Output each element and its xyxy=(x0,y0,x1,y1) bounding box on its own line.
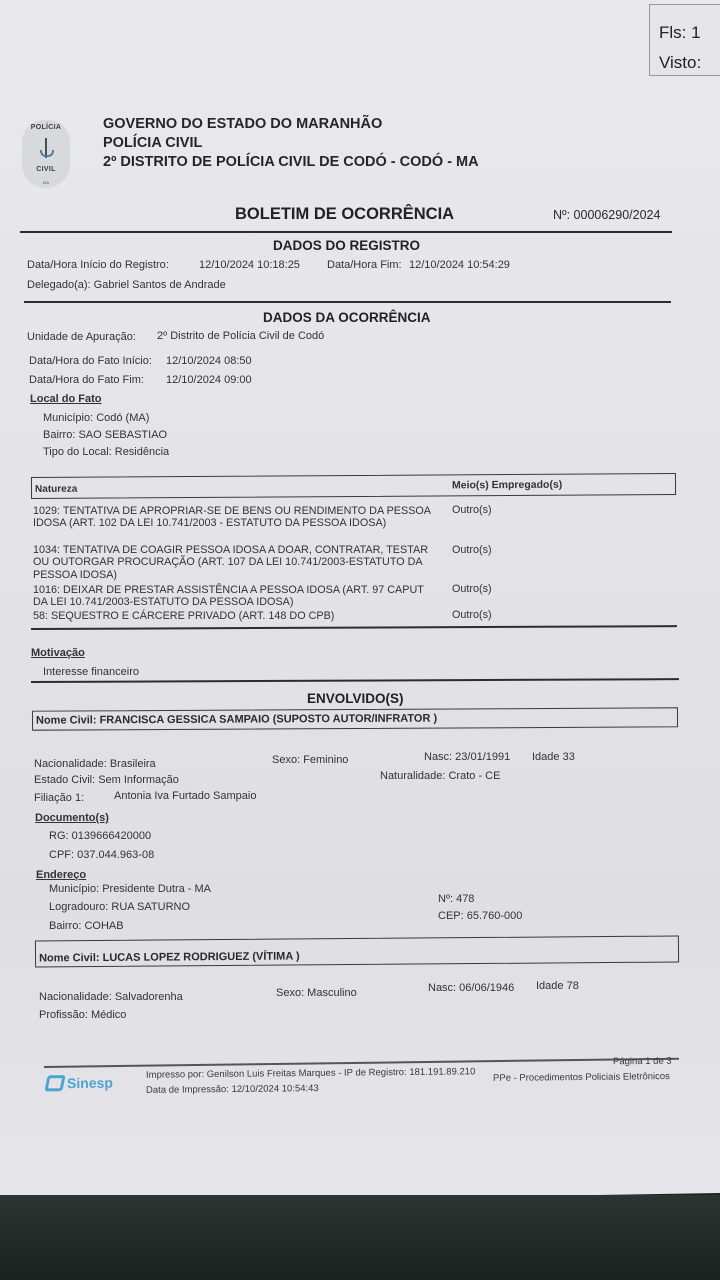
unidade-label: Unidade de Apuração: xyxy=(27,331,136,343)
motivacao-heading: Motivação xyxy=(31,647,85,659)
sinesp-logo-icon xyxy=(44,1075,65,1091)
motivacao-value: Interesse financeiro xyxy=(43,666,139,678)
natureza-row-meio: Outro(s) xyxy=(452,583,492,595)
section-heading-ocorrencia: DADOS DA OCORRÊNCIA xyxy=(263,310,431,325)
natureza-row: 1016: DEIXAR DE PRESTAR ASSISTÊNCIA A PE… xyxy=(33,584,433,609)
sheet-stamp-box: Fls: 1 Visto: xyxy=(649,4,720,76)
p1-sexo: Sexo: Feminino xyxy=(272,754,348,766)
p1-estado-civil: Estado Civil: Sem Informação xyxy=(34,774,179,786)
p2-idade: Idade 78 xyxy=(536,980,579,992)
local-tipo: Tipo do Local: Residência xyxy=(43,446,169,458)
table-surface xyxy=(0,1195,720,1280)
delegado: Delegado(a): Gabriel Santos de Andrade xyxy=(27,279,226,291)
p2-sexo: Sexo: Masculino xyxy=(276,987,357,999)
registro-fim-value: 12/10/2024 10:54:29 xyxy=(409,259,510,271)
badge-state-text: MA xyxy=(43,180,49,185)
footer-data-impressao: Data de Impressão: 12/10/2024 10:54:43 xyxy=(146,1083,319,1096)
registro-inicio-value: 12/10/2024 10:18:25 xyxy=(199,259,300,271)
p1-idade: Idade 33 xyxy=(532,751,575,763)
sheet-number: Fls: 1 xyxy=(659,23,701,43)
header-government: GOVERNO DO ESTADO DO MARANHÃO xyxy=(103,116,382,132)
p1-nacionalidade: Nacionalidade: Brasileira xyxy=(34,758,156,770)
p1-nasc: Nasc: 23/01/1991 xyxy=(424,751,510,763)
registro-inicio-label: Data/Hora Início do Registro: xyxy=(27,259,169,271)
visto-label: Visto: xyxy=(659,53,701,73)
col-natureza: Natureza xyxy=(35,484,77,495)
section-heading-envolvidos: ENVOLVIDO(S) xyxy=(307,691,404,706)
badge-top-text: POLÍCIA xyxy=(31,124,62,131)
p1-rg: RG: 0139666420000 xyxy=(49,830,151,842)
p1-cep: CEP: 65.760-000 xyxy=(438,910,522,922)
p1-filiacao-value: Antonia Iva Furtado Sampaio xyxy=(114,790,256,802)
local-bairro: Bairro: SAO SEBASTIAO xyxy=(43,429,167,441)
divider xyxy=(20,231,672,233)
badge-bottom-text: CIVIL xyxy=(36,166,55,173)
natureza-row: 58: SEQUESTRO E CÁRCERE PRIVADO (ART. 14… xyxy=(33,610,433,622)
footer-sistema: PPe - Procedimentos Policiais Eletrônico… xyxy=(493,1071,670,1084)
natureza-row: 1034: TENTATIVA DE COAGIR PESSOA IDOSA A… xyxy=(33,544,433,581)
sinesp-logo-text: Sinesp xyxy=(67,1075,113,1091)
fato-fim-label: Data/Hora do Fato Fim: xyxy=(29,374,144,386)
p1-bairro: Bairro: COHAB xyxy=(49,920,124,932)
envolvido-2-name: Nome Civil: LUCAS LOPEZ RODRIGUEZ (VÍTIM… xyxy=(35,935,679,967)
unidade-value: 2º Distrito de Polícia Civil de Codó xyxy=(157,330,324,342)
natureza-row: 1029: TENTATIVA DE APROPRIAR-SE DE BENS … xyxy=(33,505,433,530)
local-heading: Local do Fato xyxy=(30,393,102,405)
p2-nasc: Nasc: 06/06/1946 xyxy=(428,982,514,994)
badge-emblem-icon xyxy=(38,138,54,160)
p1-numero: Nº: 478 xyxy=(438,893,474,905)
p1-endereco-heading: Endereço xyxy=(36,869,86,881)
divider xyxy=(24,301,671,303)
registro-fim-label: Data/Hora Fim: xyxy=(327,259,402,271)
policia-civil-badge-icon: POLÍCIA CIVIL MA xyxy=(22,120,70,188)
natureza-row-meio: Outro(s) xyxy=(452,544,492,556)
natureza-table-header: Natureza Meio(s) Empregado(s) xyxy=(31,473,676,499)
p1-documentos-heading: Documento(s) xyxy=(35,812,109,824)
p2-nacionalidade: Nacionalidade: Salvadorenha xyxy=(39,991,183,1003)
fato-inicio-label: Data/Hora do Fato Início: xyxy=(29,355,152,367)
p1-municipio: Município: Presidente Dutra - MA xyxy=(49,883,211,895)
header-police: POLÍCIA CIVIL xyxy=(103,135,202,151)
envolvido-1-name: Nome Civil: FRANCISCA GESSICA SAMPAIO (S… xyxy=(32,707,678,730)
natureza-row-meio: Outro(s) xyxy=(452,609,492,621)
p1-logradouro: Logradouro: RUA SATURNO xyxy=(49,901,190,913)
local-municipio: Município: Codó (MA) xyxy=(43,412,149,424)
footer-pagina: Página 1 de 3 xyxy=(613,1056,672,1068)
natureza-row-meio: Outro(s) xyxy=(452,504,492,516)
p2-profissao: Profissão: Médico xyxy=(39,1009,126,1021)
section-heading-registro: DADOS DO REGISTRO xyxy=(273,238,420,253)
document-title: BOLETIM DE OCORRÊNCIA xyxy=(235,205,454,224)
fato-inicio-value: 12/10/2024 08:50 xyxy=(166,355,252,367)
col-meio: Meio(s) Empregado(s) xyxy=(452,479,562,492)
document-number: Nº: 00006290/2024 xyxy=(553,208,660,222)
header-district: 2º DISTRITO DE POLÍCIA CIVIL DE CODÓ - C… xyxy=(103,154,479,170)
p1-cpf: CPF: 037.044.963-08 xyxy=(49,849,154,861)
p1-naturalidade: Naturalidade: Crato - CE xyxy=(380,770,500,782)
p1-filiacao-label: Filiação 1: xyxy=(34,792,84,804)
fato-fim-value: 12/10/2024 09:00 xyxy=(166,374,252,386)
sinesp-logo: Sinesp xyxy=(46,1075,113,1092)
